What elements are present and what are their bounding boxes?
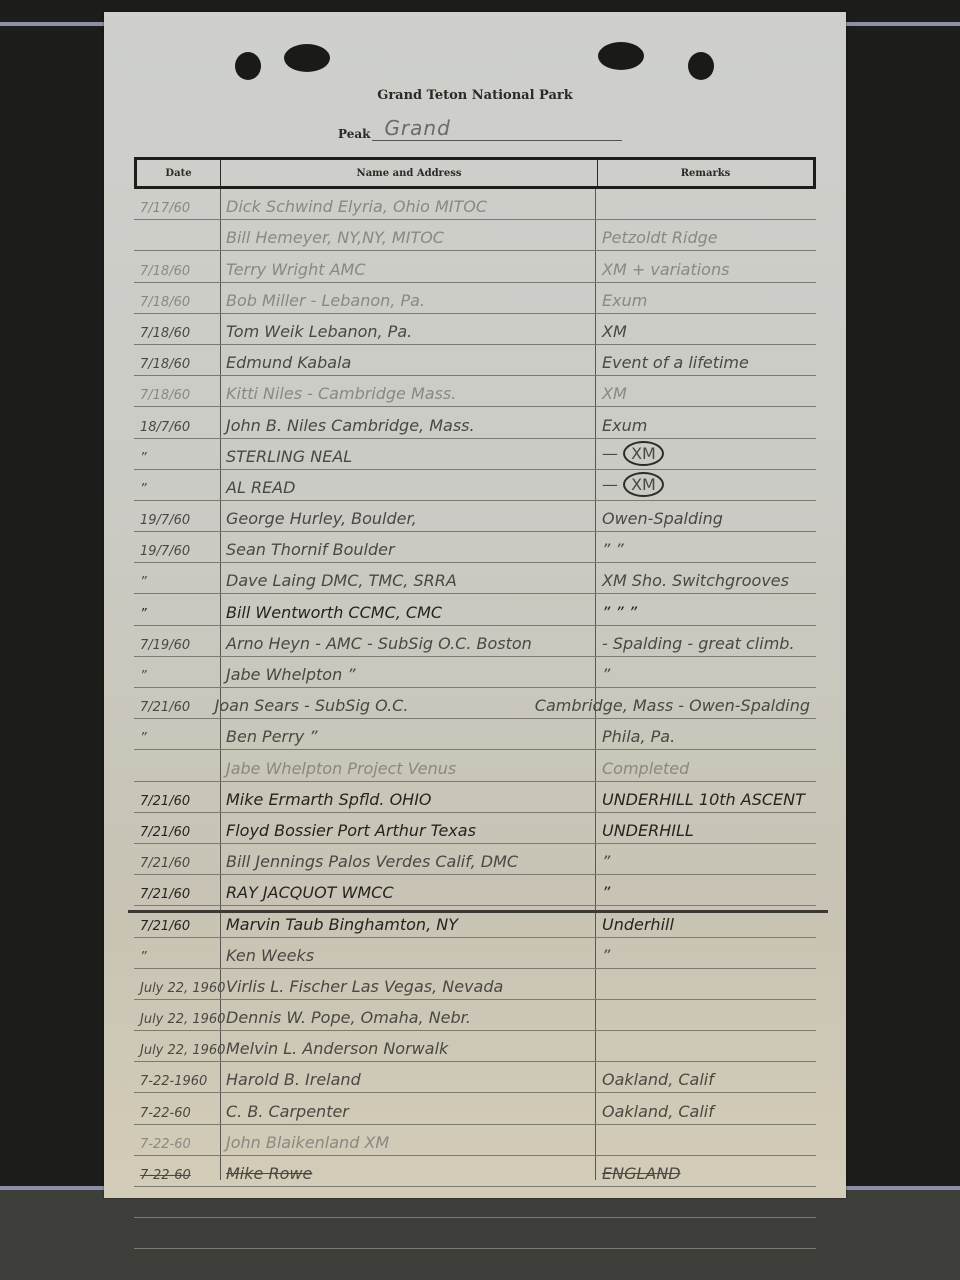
entry-name-address-text: Arno Heyn - AMC - SubSig O.C. Boston [226, 634, 532, 653]
circled-remark: XM [623, 472, 664, 497]
entry-name-address-text: Floyd Bossier Port Arthur Texas [226, 821, 476, 840]
header-date: Date [137, 160, 221, 186]
entry-name-address-text: Harold B. Ireland [226, 1070, 361, 1089]
header-remarks: Remarks [598, 160, 813, 186]
entry-name-address: Sean Thornif Boulder [220, 540, 596, 562]
entry-date: 7/18/60 [134, 388, 220, 406]
entry-date: July 22, 1960 [134, 1012, 220, 1030]
entry-remarks: ” [596, 665, 816, 687]
entry-date-text: 7/21/60 [140, 856, 190, 871]
entry-name-address-text: Sean Thornif Boulder [226, 540, 395, 559]
entry-name-address-text: Ben Perry ” [226, 727, 318, 746]
entry-date [134, 247, 220, 250]
entry-name-address-text: AL READ [226, 478, 295, 497]
entry-name-address-text: Bill Hemeyer, NY,NY, MITOC [226, 228, 444, 247]
entry-name-address-text: Jabe Whelpton Project Venus [226, 759, 456, 778]
entry-date-text: ” [140, 731, 147, 746]
entry-date: July 22, 1960 [134, 1043, 220, 1061]
table-row: 7/17/60Dick Schwind Elyria, Ohio MITOC [134, 189, 816, 220]
entry-name-address: Bill Hemeyer, NY,NY, MITOC [220, 228, 596, 250]
entry-date: 7/17/60 [134, 201, 220, 219]
entry-remarks-text: Exum [602, 416, 647, 435]
entry-name-address: Bob Miller - Lebanon, Pa. [220, 291, 596, 313]
entry-date-text: ” [140, 607, 147, 622]
entry-name-address-text: George Hurley, Boulder, [226, 509, 417, 528]
entry-date-text: 7/18/60 [140, 326, 190, 341]
entry-date: 7/18/60 [134, 326, 220, 344]
entry-name-address: STERLING NEAL [220, 447, 596, 469]
table-row: 7/18/60Tom Weik Lebanon, Pa.XM [134, 314, 816, 345]
table-row: 19/7/60George Hurley, Boulder,Owen-Spald… [134, 501, 816, 532]
entry-remarks: - Spalding - great climb. [596, 634, 816, 656]
entry-remarks [596, 1245, 816, 1248]
peak-value: Grand [384, 116, 450, 140]
table-row: 7-22-60Mike RoweENGLAND [134, 1156, 816, 1187]
entry-date: ” [134, 607, 220, 625]
entry-remarks: Exum [596, 291, 816, 313]
punch-hole [688, 52, 714, 80]
entry-date-text: ” [140, 669, 147, 684]
entry-remarks-text: Cambridge, Mass - Owen-Spalding [535, 696, 810, 715]
entry-date-text: 7/21/60 [140, 919, 190, 934]
entry-remarks: ENGLAND [596, 1164, 816, 1186]
table-row: 19/7/60Sean Thornif Boulder” ” [134, 532, 816, 563]
table-row: 7/21/60Bill Jennings Palos Verdes Calif,… [134, 844, 816, 875]
entry-remarks [596, 1152, 816, 1155]
entry-name-address: Melvin L. Anderson Norwalk [220, 1039, 596, 1061]
table-row: 7-22-1960Harold B. IrelandOakland, Calif [134, 1062, 816, 1093]
entry-remarks-text: Petzoldt Ridge [602, 228, 718, 247]
entry-name-address-text: Jabe Whelpton ” [226, 665, 356, 684]
entry-date-text: July 22, 1960 [140, 981, 225, 996]
entry-date: 7/21/60 [134, 700, 209, 718]
entry-date: 7/21/60 [134, 919, 220, 937]
entry-name-address: Terry Wright AMC [220, 260, 596, 282]
entry-name-address: Mike Ermarth Spfld. OHIO [220, 790, 596, 812]
entry-date: 7/21/60 [134, 887, 220, 905]
entry-date: 19/7/60 [134, 544, 220, 562]
entry-date-text: 7/18/60 [140, 357, 190, 372]
peak-label: Peak [338, 127, 370, 141]
entry-name-address: Dave Laing DMC, TMC, SRRA [220, 571, 596, 593]
entry-date-text: 7-22-60 [140, 1106, 191, 1121]
table-row: ”AL READ— XM [134, 470, 816, 501]
table-row: ”Ben Perry ”Phila, Pa. [134, 719, 816, 750]
entry-date-text: 7/19/60 [140, 638, 190, 653]
header-name-address: Name and Address [221, 160, 598, 186]
entry-remarks: Underhill [596, 915, 816, 937]
entry-date-text: 7/18/60 [140, 295, 190, 310]
entry-name-address: Joan Sears - SubSig O.C. [209, 696, 529, 718]
peak-line: Grand [372, 122, 622, 141]
entry-name-address: Dennis W. Pope, Omaha, Nebr. [220, 1008, 596, 1030]
entry-date-text: 7-22-60 [140, 1168, 191, 1183]
entry-name-address: Ken Weeks [220, 946, 596, 968]
entry-date-text: 7/21/60 [140, 887, 190, 902]
entry-remarks: Owen-Spalding [596, 509, 816, 531]
entry-remarks-text: UNDERHILL [602, 821, 694, 840]
table-row: 7/19/60Arno Heyn - AMC - SubSig O.C. Bos… [134, 626, 816, 657]
entry-name-address-text: RAY JACQUOT WMCC [226, 883, 393, 902]
entry-remarks: ” ” [596, 540, 816, 562]
entry-name-address-text: Tom Weik Lebanon, Pa. [226, 322, 412, 341]
entry-name-address-text: Ken Weeks [226, 946, 314, 965]
entry-name-address: Ben Perry ” [220, 727, 596, 749]
entry-name-address: Bill Wentworth CCMC, CMC [220, 603, 596, 625]
entry-name-address: C. B. Carpenter [220, 1102, 596, 1124]
entry-remarks: Event of a lifetime [596, 353, 816, 375]
entry-name-address-text: Kitti Niles - Cambridge Mass. [226, 384, 456, 403]
entry-remarks-text: Event of a lifetime [602, 353, 749, 372]
entry-date-text: ” [140, 482, 147, 497]
entry-date-text: ” [140, 575, 147, 590]
entry-name-address: Virlis L. Fischer Las Vegas, Nevada [220, 977, 596, 999]
entry-name-address-text: Bill Wentworth CCMC, CMC [226, 603, 442, 622]
entry-name-address-text: Edmund Kabala [226, 353, 351, 372]
table-row: 7/21/60Joan Sears - SubSig O.C.Cambridge… [134, 688, 816, 719]
entry-date: 7/18/60 [134, 264, 220, 282]
entry-date-text: 7/18/60 [140, 264, 190, 279]
entry-remarks [596, 216, 816, 219]
entry-date-text: 7/17/60 [140, 201, 190, 216]
entry-name-address: Edmund Kabala [220, 353, 596, 375]
entry-date-text: 7/21/60 [140, 794, 190, 809]
entry-remarks: Petzoldt Ridge [596, 228, 816, 250]
entry-remarks-text: Completed [602, 759, 689, 778]
entry-date: 7/18/60 [134, 357, 220, 375]
entry-date [134, 1245, 220, 1248]
entry-remarks: XM + variations [596, 260, 816, 282]
entry-remarks-text: ” ” [602, 540, 624, 559]
entry-remarks [596, 1058, 816, 1061]
entry-date-text: 7-22-1960 [140, 1074, 207, 1089]
entry-remarks [596, 996, 816, 999]
entry-remarks-text: ” ” ” [602, 603, 637, 622]
entry-name-address-text: Dick Schwind Elyria, Ohio MITOC [226, 197, 487, 216]
entry-name-address: Arno Heyn - AMC - SubSig O.C. Boston [220, 634, 596, 656]
entry-date: 7-22-60 [134, 1106, 220, 1124]
table-row: Bill Hemeyer, NY,NY, MITOCPetzoldt Ridge [134, 220, 816, 251]
entry-date-text: 7/18/60 [140, 388, 190, 403]
entry-date-text: 19/7/60 [140, 513, 190, 528]
entry-date: 7/21/60 [134, 825, 220, 843]
entry-date-text: July 22, 1960 [140, 1043, 225, 1058]
entry-name-address: RAY JACQUOT WMCC [220, 883, 596, 905]
entry-name-address-text: Dennis W. Pope, Omaha, Nebr. [226, 1008, 471, 1027]
table-row: July 22, 1960Dennis W. Pope, Omaha, Nebr… [134, 1000, 816, 1031]
entry-remarks-text: ENGLAND [602, 1164, 681, 1183]
entry-name-address-text: Dave Laing DMC, TMC, SRRA [226, 571, 457, 590]
table-row: 7-22-60John Blaikenland XM [134, 1125, 816, 1156]
entry-remarks: Exum [596, 416, 816, 438]
entry-remarks-text: XM Sho. Switchgrooves [602, 571, 789, 590]
entry-remarks-text: UNDERHILL 10th ASCENT [602, 790, 805, 809]
table-row: ”Dave Laing DMC, TMC, SRRAXM Sho. Switch… [134, 563, 816, 594]
entry-remarks: ” [596, 946, 816, 968]
table-row: ”STERLING NEAL— XM [134, 439, 816, 470]
punch-hole [598, 42, 644, 70]
heavy-divider-line [128, 910, 828, 913]
entry-remarks-text: ” [602, 946, 610, 965]
entry-date: ” [134, 482, 220, 500]
entry-name-address-text: Joan Sears - SubSig O.C. [215, 696, 409, 715]
entry-date-text: 19/7/60 [140, 544, 190, 559]
entry-remarks-text: ” [602, 852, 610, 871]
entry-remarks-text: XM + variations [602, 260, 729, 279]
entry-name-address [220, 1214, 596, 1217]
entry-name-address-text: C. B. Carpenter [226, 1102, 349, 1121]
entry-date-text: July 22, 1960 [140, 1012, 225, 1027]
entry-date: ” [134, 950, 220, 968]
entry-remarks: — XM [596, 472, 816, 500]
entry-remarks-text: Exum [602, 291, 647, 310]
entry-name-address-text: Melvin L. Anderson Norwalk [226, 1039, 448, 1058]
entry-remarks-text: ” [602, 883, 610, 902]
entry-remarks-text: Oakland, Calif [602, 1102, 714, 1121]
entry-remarks: UNDERHILL 10th ASCENT [596, 790, 816, 812]
entry-name-address-text: Virlis L. Fischer Las Vegas, Nevada [226, 977, 503, 996]
table-row: 7/21/60Mike Ermarth Spfld. OHIOUNDERHILL… [134, 782, 816, 813]
entry-date: ” [134, 451, 220, 469]
entry-date-text: ” [140, 451, 147, 466]
entry-date: 19/7/60 [134, 513, 220, 531]
entry-date: 7/18/60 [134, 295, 220, 313]
entry-name-address-text: Marvin Taub Binghamton, NY [226, 915, 458, 934]
circled-remark: XM [623, 441, 664, 466]
entry-remarks-text: XM [602, 322, 627, 341]
entry-name-address: Bill Jennings Palos Verdes Calif, DMC [220, 852, 596, 874]
table-row: 7/18/60Kitti Niles - Cambridge Mass.XM [134, 376, 816, 407]
entry-remarks-text: Owen-Spalding [602, 509, 723, 528]
punch-hole [284, 44, 330, 72]
table-row: July 22, 1960Virlis L. Fischer Las Vegas… [134, 969, 816, 1000]
entry-date: ” [134, 575, 220, 593]
table-row [134, 1218, 816, 1249]
peak-field: Peak Grand [338, 122, 622, 141]
entry-date-text: 7-22-60 [140, 1137, 191, 1152]
entry-date: July 22, 1960 [134, 981, 220, 999]
entry-date: ” [134, 731, 220, 749]
entry-remarks-text: - Spalding - great climb. [602, 634, 795, 653]
entry-date: 18/7/60 [134, 420, 220, 438]
table-row: ”Jabe Whelpton ”” [134, 657, 816, 688]
table-header: Date Name and Address Remarks [134, 157, 816, 189]
table-row: 7/18/60Edmund KabalaEvent of a lifetime [134, 345, 816, 376]
table-row: 7/18/60Terry Wright AMCXM + variations [134, 251, 816, 282]
entry-name-address [220, 1245, 596, 1248]
entry-name-address: AL READ [220, 478, 596, 500]
register-entries: 7/17/60Dick Schwind Elyria, Ohio MITOCBi… [134, 189, 816, 1249]
entry-remarks: UNDERHILL [596, 821, 816, 843]
entry-remarks: Phila, Pa. [596, 727, 816, 749]
entry-remarks-text: Phila, Pa. [602, 727, 675, 746]
entry-remarks: Oakland, Calif [596, 1102, 816, 1124]
entry-name-address: Dick Schwind Elyria, Ohio MITOC [220, 197, 596, 219]
entry-name-address: John Blaikenland XM [220, 1133, 596, 1155]
entry-remarks: XM [596, 384, 816, 406]
entry-remarks-text: ” [602, 665, 610, 684]
table-row: 18/7/60John B. Niles Cambridge, Mass.Exu… [134, 407, 816, 438]
entry-remarks: Oakland, Calif [596, 1070, 816, 1092]
entry-name-address-text: STERLING NEAL [226, 447, 352, 466]
entry-date: ” [134, 669, 220, 687]
entry-date [134, 1214, 220, 1217]
register-sheet: Grand Teton National Park Peak Grand Dat… [104, 12, 846, 1198]
entry-remarks: ” [596, 883, 816, 905]
entry-remarks [596, 1214, 816, 1217]
entry-remarks [596, 1027, 816, 1030]
entry-remarks: Completed [596, 759, 816, 781]
entry-name-address-text: Terry Wright AMC [226, 260, 366, 279]
table-row: Jabe Whelpton Project VenusCompleted [134, 750, 816, 781]
punch-hole [235, 52, 261, 80]
table-row: 7-22-60C. B. CarpenterOakland, Calif [134, 1093, 816, 1124]
table-row: ”Ken Weeks” [134, 938, 816, 969]
entry-name-address: John B. Niles Cambridge, Mass. [220, 416, 596, 438]
entry-date: 7/19/60 [134, 638, 220, 656]
entry-remarks-text: Underhill [602, 915, 674, 934]
entry-remarks-text: Oakland, Calif [602, 1070, 714, 1089]
entry-name-address-text: Bob Miller - Lebanon, Pa. [226, 291, 425, 310]
entry-name-address: Floyd Bossier Port Arthur Texas [220, 821, 596, 843]
entry-name-address: Jabe Whelpton Project Venus [220, 759, 596, 781]
table-row [134, 1187, 816, 1218]
table-row: ”Bill Wentworth CCMC, CMC” ” ” [134, 594, 816, 625]
entry-name-address-text: Bill Jennings Palos Verdes Calif, DMC [226, 852, 518, 871]
entry-name-address: Kitti Niles - Cambridge Mass. [220, 384, 596, 406]
entry-date: 7/21/60 [134, 856, 220, 874]
entry-date [134, 778, 220, 781]
entry-name-address-text: John B. Niles Cambridge, Mass. [226, 416, 475, 435]
entry-remarks: — XM [596, 441, 816, 469]
table-row: July 22, 1960Melvin L. Anderson Norwalk [134, 1031, 816, 1062]
entry-date-text: 18/7/60 [140, 420, 190, 435]
entry-name-address: Mike Rowe [220, 1164, 596, 1186]
entry-remarks-text: XM [602, 384, 627, 403]
entry-date: 7/21/60 [134, 794, 220, 812]
entry-name-address: Tom Weik Lebanon, Pa. [220, 322, 596, 344]
form-title: Grand Teton National Park [104, 88, 846, 103]
entry-name-address: Harold B. Ireland [220, 1070, 596, 1092]
entry-remarks: XM [596, 322, 816, 344]
entry-date: 7-22-60 [134, 1137, 220, 1155]
table-row: 7/18/60Bob Miller - Lebanon, Pa.Exum [134, 283, 816, 314]
entry-remarks: Cambridge, Mass - Owen-Spalding [529, 696, 816, 718]
entry-name-address: George Hurley, Boulder, [220, 509, 596, 531]
table-row: 7/21/60RAY JACQUOT WMCC” [134, 875, 816, 906]
entry-name-address-text: John Blaikenland XM [226, 1133, 389, 1152]
entry-date-text: 7/21/60 [140, 700, 190, 715]
entry-remarks: ” [596, 852, 816, 874]
entry-date-text: 7/21/60 [140, 825, 190, 840]
entry-name-address-text: Mike Ermarth Spfld. OHIO [226, 790, 432, 809]
entry-date: 7-22-1960 [134, 1074, 220, 1092]
entry-name-address-text: Mike Rowe [226, 1164, 312, 1183]
entry-date: 7-22-60 [134, 1168, 220, 1186]
entry-remarks: XM Sho. Switchgrooves [596, 571, 816, 593]
table-row: 7/21/60Floyd Bossier Port Arthur TexasUN… [134, 813, 816, 844]
entry-name-address: Marvin Taub Binghamton, NY [220, 915, 596, 937]
entry-remarks: ” ” ” [596, 603, 816, 625]
entry-date-text: ” [140, 950, 147, 965]
entry-name-address: Jabe Whelpton ” [220, 665, 596, 687]
